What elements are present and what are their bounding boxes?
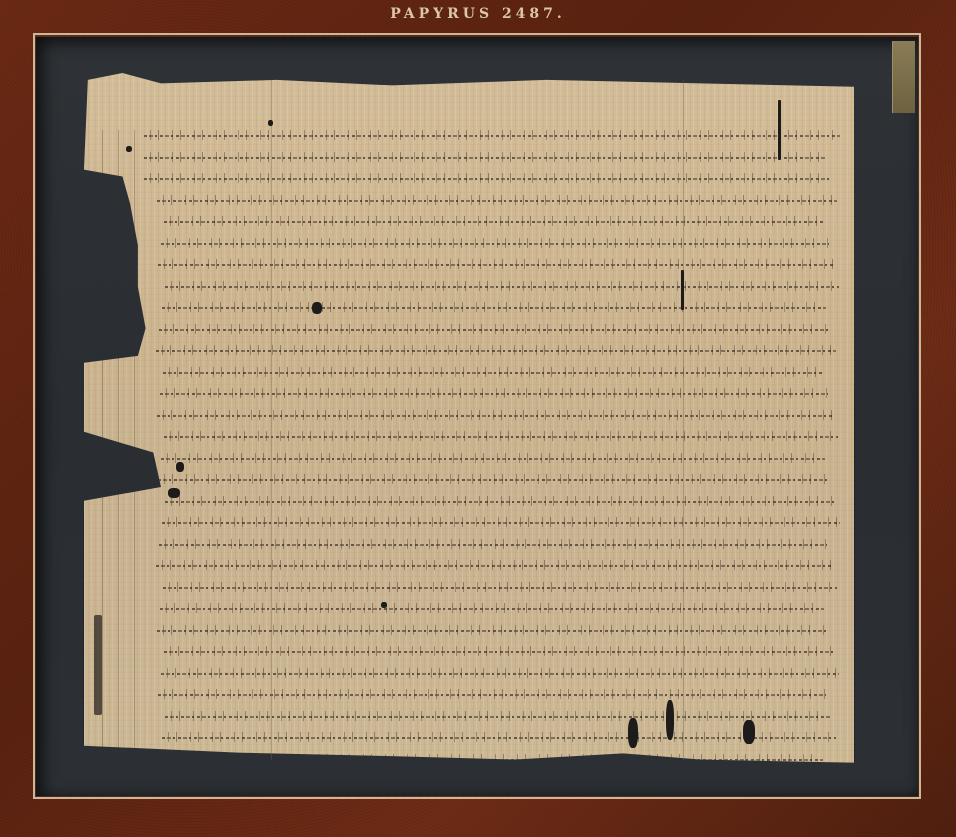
papyrus-hole (168, 488, 180, 498)
handwriting-line (156, 350, 836, 352)
handwriting-line (160, 608, 824, 610)
handwriting-line (165, 716, 831, 718)
papyrus-hole (666, 700, 674, 740)
handwriting-line (144, 178, 832, 180)
handwriting-line (164, 651, 834, 653)
papyrus-hole (268, 120, 273, 126)
handwriting-line (158, 264, 834, 266)
handwriting-line (163, 587, 837, 589)
handwriting-line (159, 544, 827, 546)
papyrus-sheet (84, 73, 854, 763)
handwriting-line (159, 329, 831, 331)
handwriting-line (162, 737, 836, 739)
leather-frame: PAPYRUS 2487. (0, 0, 956, 837)
papyrus-hole (381, 602, 387, 608)
handwriting-line (165, 286, 839, 288)
handwriting-line (162, 307, 826, 309)
handwriting-line (158, 694, 826, 696)
handwriting-line (157, 630, 829, 632)
papyrus-text (84, 73, 854, 763)
handwriting-line (164, 221, 824, 223)
handwriting-line (165, 501, 835, 503)
handwriting-line (144, 157, 827, 159)
handwriting-line (161, 243, 829, 245)
papyrus-hole (743, 720, 755, 744)
papyrus-hole (126, 146, 132, 152)
papyrus-hole (628, 718, 638, 748)
papyrus-fold-line (271, 80, 272, 760)
papyrus-hole (681, 270, 684, 310)
handwriting-line (160, 393, 828, 395)
papyrus-hole (312, 302, 322, 314)
handwriting-line (161, 673, 839, 675)
papyrus-fold-line (683, 80, 684, 760)
handwriting-line (164, 436, 838, 438)
handwriting-line (157, 415, 833, 417)
frame-label: PAPYRUS 2487. (0, 6, 956, 22)
side-tag (892, 41, 915, 113)
papyrus-hole (176, 462, 184, 472)
handwriting-line (156, 565, 832, 567)
papyrus-hole (94, 615, 102, 715)
handwriting-line (158, 479, 830, 481)
handwriting-line (157, 200, 837, 202)
handwriting-line (161, 458, 825, 460)
papyrus-hole (778, 100, 781, 160)
handwriting-line (162, 522, 840, 524)
handwriting-line (144, 135, 840, 137)
handwriting-line (163, 372, 823, 374)
